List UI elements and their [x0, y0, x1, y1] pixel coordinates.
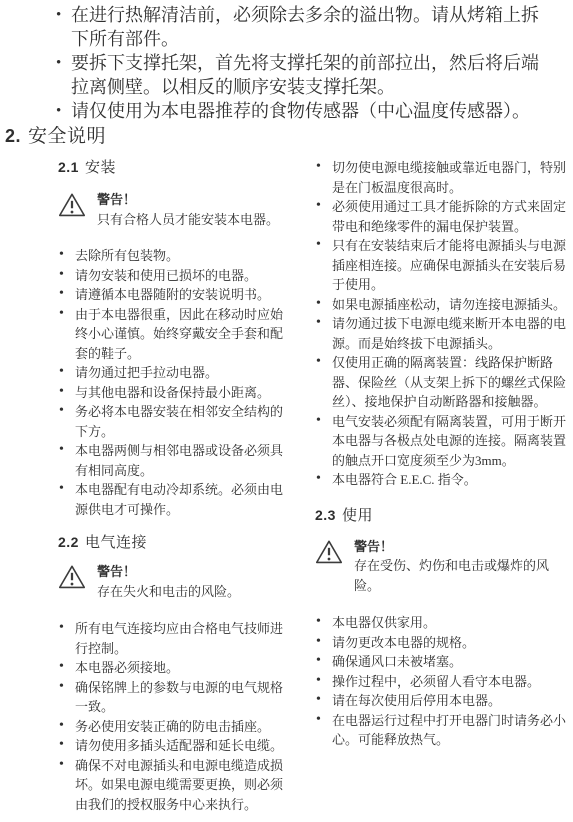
list-item: 请遵循本电器随附的安装说明书。 [58, 285, 286, 305]
list-item: 要拆下支撑托架，首先将支撑托架的前部拉出，然后将后端拉离侧壁。以相反的顺序安装支… [55, 51, 553, 99]
list-item: 请勿通过拔下电源电缆来断开本电器的电源。而是始终拔下电源插头。 [315, 314, 568, 353]
section-number: 2.1 [58, 159, 79, 175]
list-item: 请在每次使用后停用本电器。 [315, 691, 568, 711]
section-title-installation: 2.1安装 [58, 158, 286, 177]
warning-box: 警告！ 只有合格人员才能安装本电器。 [58, 190, 286, 229]
warning-title: 警告！ [354, 537, 568, 557]
warning-body: 警告！ 存在失火和电击的风险。 [97, 562, 240, 601]
list-item: 务必使用安装正确的防电击插座。 [58, 717, 286, 737]
section-name: 电气连接 [85, 535, 147, 551]
list-item: 与其他电器和设备保持最小距离。 [58, 383, 286, 403]
left-column: 2.1安装 警告！ 只有合格人员才能安装本电器。 去除所有包装物。 请勿安装和使… [58, 158, 286, 814]
list-item: 所有电气连接均应由合格电气技师进行控制。 [58, 619, 286, 658]
intro-bullet-list: 在进行热解清洁前，必须除去多余的溢出物。请从烤箱上拆下所有部件。 要拆下支撑托架… [55, 3, 553, 123]
list-item: 确保不对电源插头和电源电缆造成损坏。如果电源电缆需要更换，则必须由我们的授权服务… [58, 756, 286, 815]
warning-text: 存在受伤、灼伤和电击或爆炸的风险。 [354, 556, 568, 595]
list-item: 电气安装必须配有隔离装置，可用于断开本电器与各极点处电源的连接。隔离装置的触点开… [315, 412, 568, 471]
warning-box: 警告！ 存在失火和电击的风险。 [58, 562, 286, 601]
list-item: 本电器符合 E.E.C. 指令。 [315, 470, 568, 490]
chapter-name: 安全说明 [28, 126, 106, 147]
chapter-number: 2. [5, 126, 21, 146]
list-item: 确保铭牌上的参数与电源的电气规格一致。 [58, 678, 286, 717]
electrical-bullet-list-right: 切勿使电源电缆接触或靠近电器门，特别是在门板温度很高时。 必须使用通过工具才能拆… [315, 158, 568, 490]
section-name: 使用 [342, 508, 373, 524]
list-item: 切勿使电源电缆接触或靠近电器门，特别是在门板温度很高时。 [315, 158, 568, 197]
list-item: 操作过程中，必须留人看守本电器。 [315, 672, 568, 692]
warning-triangle-icon [58, 192, 86, 218]
section-title-use: 2.3使用 [315, 506, 568, 525]
section-number: 2.3 [315, 507, 336, 523]
list-item: 在进行热解清洁前，必须除去多余的溢出物。请从烤箱上拆下所有部件。 [55, 3, 553, 51]
list-item: 请勿更改本电器的规格。 [315, 633, 568, 653]
list-item: 如果电源插座松动，请勿连接电源插头。 [315, 295, 568, 315]
list-item: 请勿通过把手拉动电器。 [58, 363, 286, 383]
list-item: 确保通风口未被堵塞。 [315, 652, 568, 672]
list-item: 请仅使用为本电器推荐的食物传感器（中心温度传感器）。 [55, 99, 553, 123]
list-item: 在电器运行过程中打开电器门时请务必小心。可能释放热气。 [315, 711, 568, 750]
list-item: 去除所有包装物。 [58, 246, 286, 266]
section-number: 2.2 [58, 534, 79, 550]
list-item: 本电器必须接地。 [58, 658, 286, 678]
warning-text: 存在失火和电击的风险。 [97, 582, 240, 602]
warning-triangle-icon [315, 539, 343, 565]
list-item: 必须使用通过工具才能拆除的方式来固定带电和绝缘零件的漏电保护装置。 [315, 197, 568, 236]
list-item: 请勿使用多插头适配器和延长电缆。 [58, 736, 286, 756]
use-bullet-list: 本电器仅供家用。 请勿更改本电器的规格。 确保通风口未被堵塞。 操作过程中，必须… [315, 613, 568, 750]
list-item: 本电器两侧与相邻电器或设备必须具有相同高度。 [58, 441, 286, 480]
section-title-electrical: 2.2电气连接 [58, 533, 286, 552]
list-item: 请勿安装和使用已损坏的电器。 [58, 266, 286, 286]
list-item: 务必将本电器安装在相邻安全结构的下方。 [58, 402, 286, 441]
list-item: 本电器仅供家用。 [315, 613, 568, 633]
list-item: 由于本电器很重，因此在移动时应始终小心谨慎。始终穿戴安全手套和配套的鞋子。 [58, 305, 286, 364]
warning-body: 警告！ 只有合格人员才能安装本电器。 [97, 190, 279, 229]
manual-page: 在进行热解清洁前，必须除去多余的溢出物。请从烤箱上拆下所有部件。 要拆下支撑托架… [0, 0, 573, 822]
section-name: 安装 [85, 160, 116, 176]
warning-box: 警告！ 存在受伤、灼伤和电击或爆炸的风险。 [315, 537, 568, 596]
list-item: 本电器配有电动冷却系统。必须由电源供电才可操作。 [58, 480, 286, 519]
list-item: 只有在安装结束后才能将电源插头与电源插座相连接。应确保电源插头在安装后易于使用。 [315, 236, 568, 295]
list-item: 仅使用正确的隔离装置：线路保护断路器、保险丝（从支架上拆下的螺丝式保险丝）、接地… [315, 353, 568, 412]
warning-title: 警告！ [97, 190, 279, 210]
right-column: 切勿使电源电缆接触或靠近电器门，特别是在门板温度很高时。 必须使用通过工具才能拆… [315, 158, 568, 750]
installation-bullet-list: 去除所有包装物。 请勿安装和使用已损坏的电器。 请遵循本电器随附的安装说明书。 … [58, 246, 286, 519]
warning-body: 警告！ 存在受伤、灼伤和电击或爆炸的风险。 [354, 537, 568, 596]
electrical-bullet-list-left: 所有电气连接均应由合格电气技师进行控制。 本电器必须接地。 确保铭牌上的参数与电… [58, 619, 286, 814]
warning-triangle-icon [58, 564, 86, 590]
warning-text: 只有合格人员才能安装本电器。 [97, 210, 279, 230]
warning-title: 警告！ [97, 562, 240, 582]
chapter-title: 2.安全说明 [5, 121, 106, 148]
